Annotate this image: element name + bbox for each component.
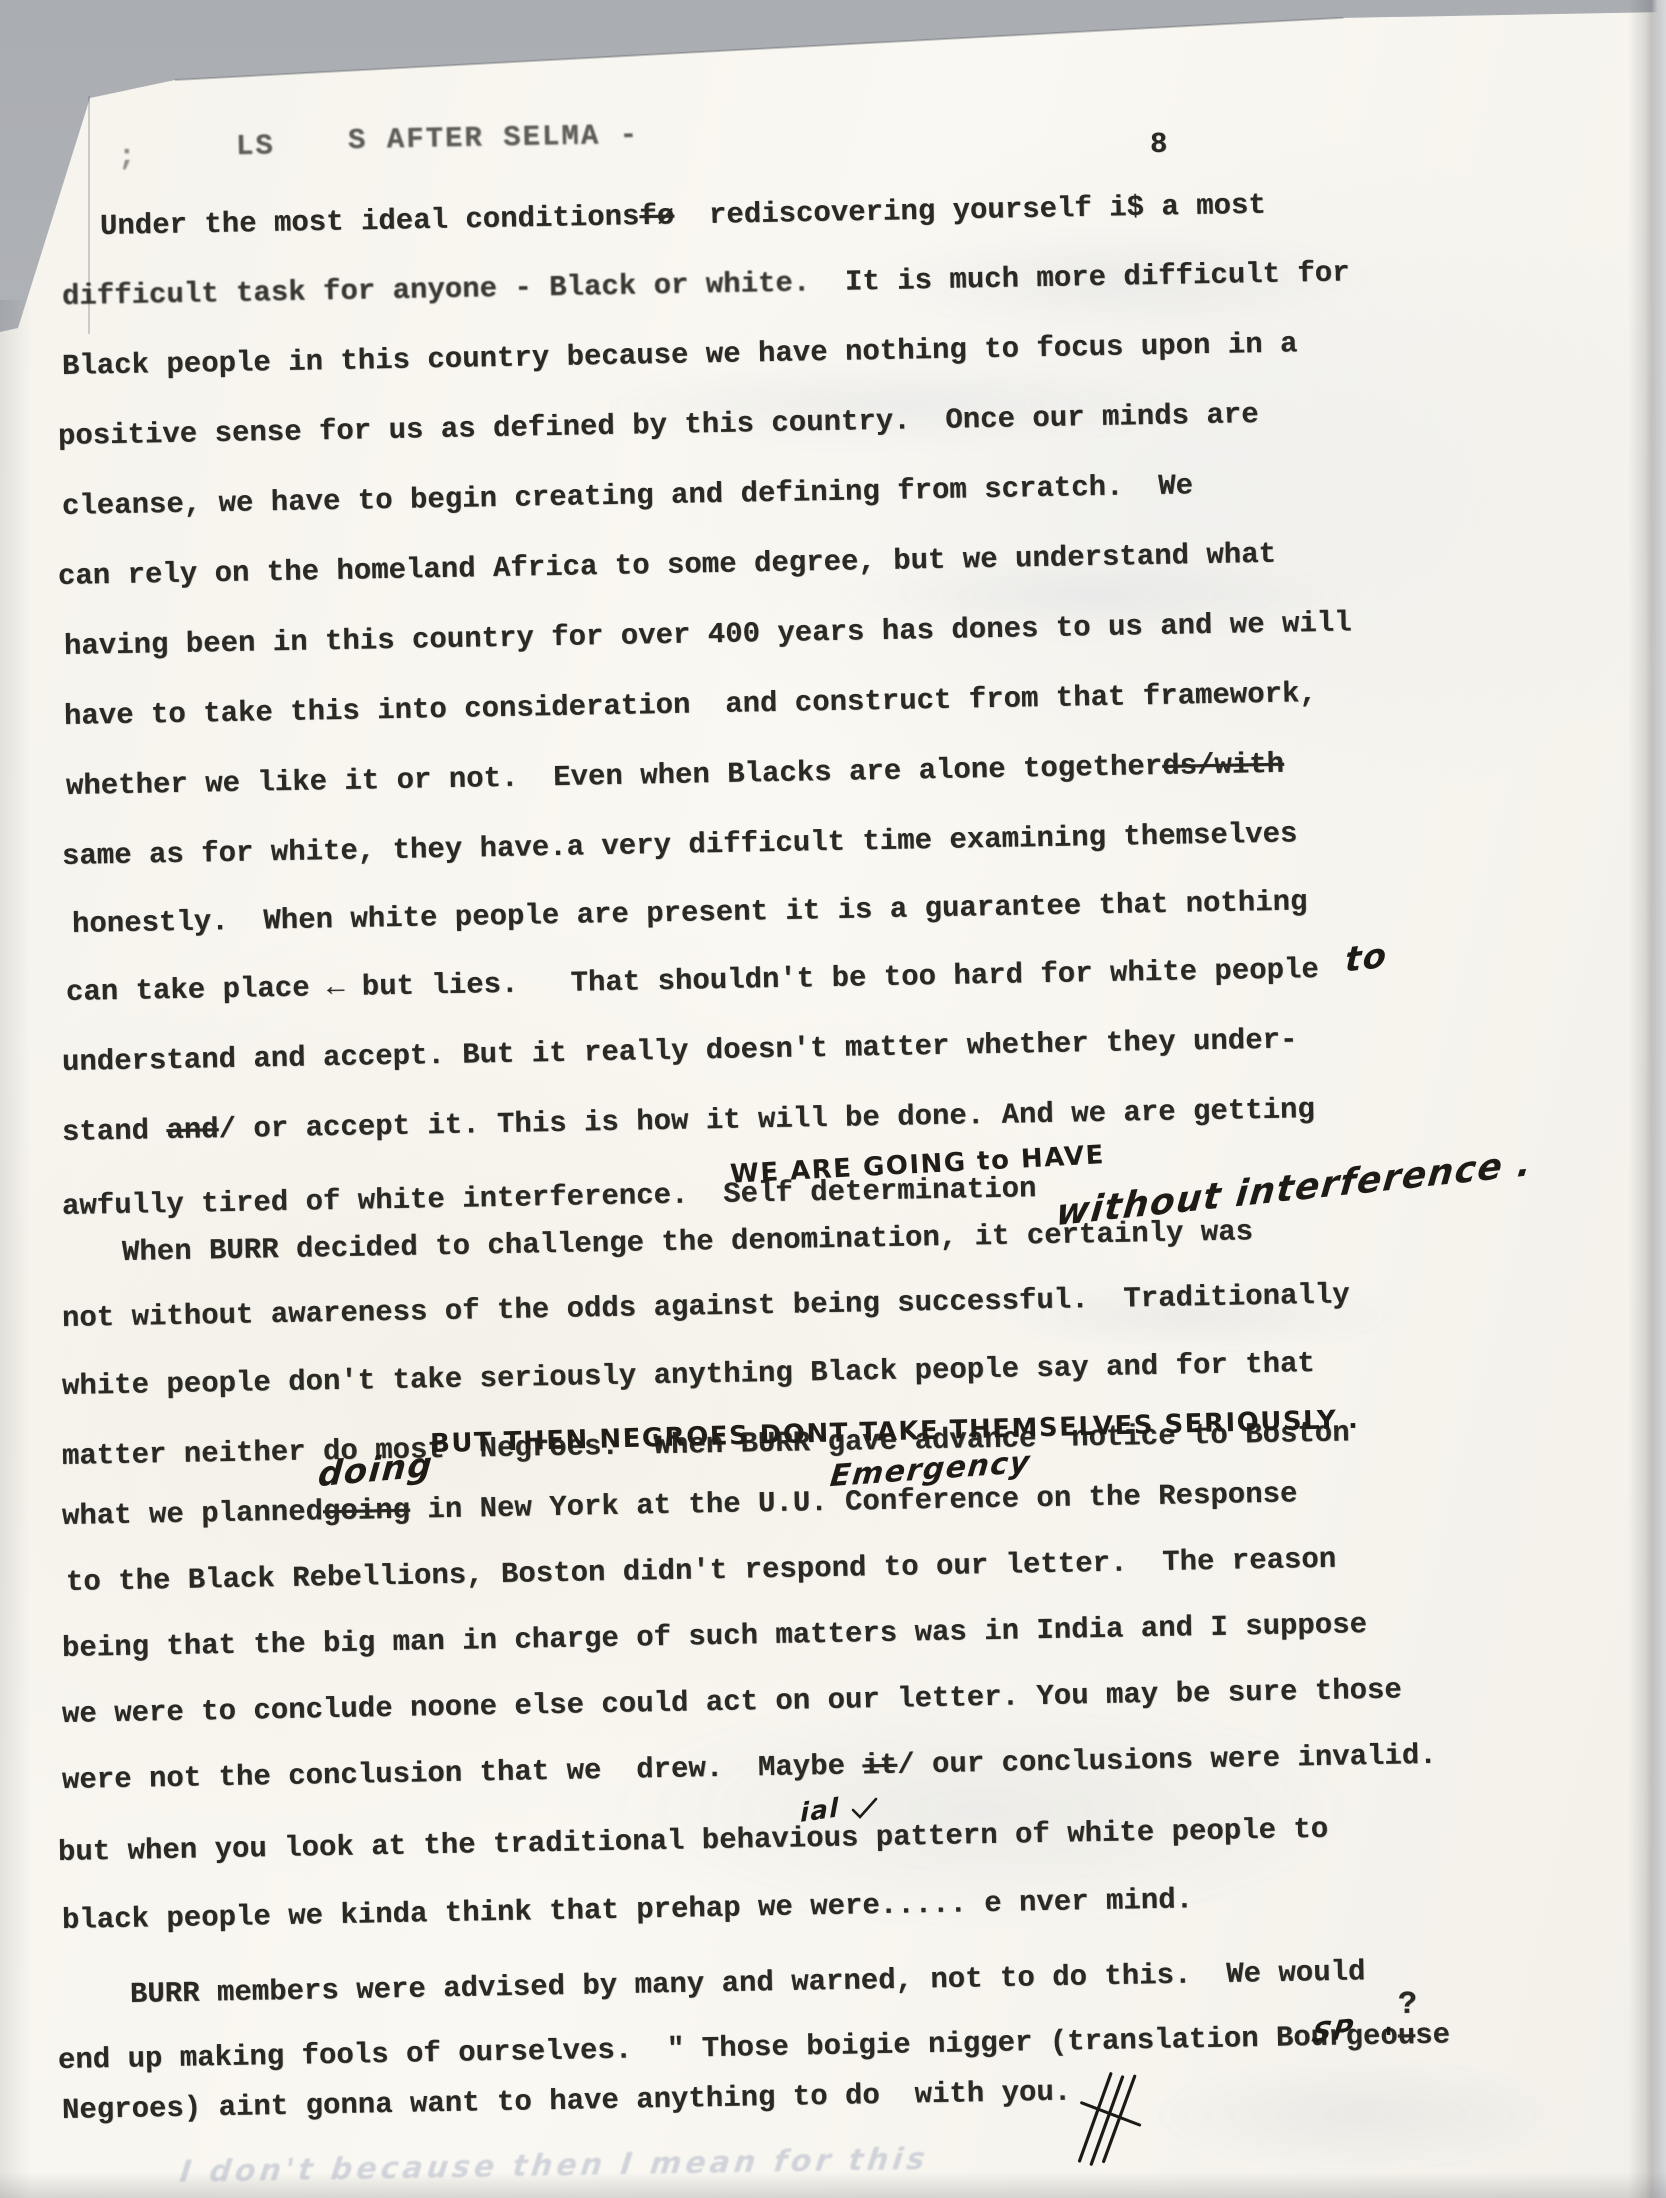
typed-line: white people don't take seriously anythi… — [62, 1347, 1315, 1403]
line-text: understand and accept. But it really doe… — [62, 1023, 1298, 1079]
typed-line: being that the big man in charge of such… — [62, 1608, 1368, 1665]
line-text: to the Black Rebellions, Boston didn't r… — [66, 1543, 1337, 1599]
line-text: cleanse, we have to begin creating and d… — [62, 469, 1194, 523]
handwritten-to-insertion: to — [1344, 935, 1388, 981]
page-left-edge-shadow — [0, 300, 30, 2198]
line-text: se — [1415, 2018, 1450, 2052]
struck-text: it — [862, 1749, 897, 1783]
page-number: 8 — [1150, 128, 1168, 161]
handwritten-tick-mark: ' — [1384, 2022, 1395, 2057]
line-text: whether we like it or not. Even when Bla… — [66, 750, 1163, 803]
typed-line: understand and accept. But it really doe… — [62, 1023, 1298, 1079]
bleed-smudge — [1150, 2060, 1570, 2170]
typed-line: stand and/ or accept it. This is how it … — [62, 1093, 1315, 1149]
typed-line: can take place ← but lies. That shouldn'… — [66, 953, 1319, 1009]
handwritten-without-interference-note: without interference . — [1054, 1143, 1534, 1235]
line-text: Negroes) aint gonna want to have anythin… — [62, 2076, 1072, 2127]
typed-question-mark: ? — [1398, 1986, 1418, 2023]
typed-line: what we plannedgoing in New York at the … — [62, 1477, 1298, 1533]
struck-text: fø — [639, 199, 674, 233]
typed-line: same as for white, they have.a very diff… — [62, 817, 1298, 873]
typed-line: cleanse, we have to begin creating and d… — [62, 469, 1194, 523]
hash-scribble — [1073, 2069, 1149, 2171]
struck-text: and — [166, 1113, 219, 1147]
handwritten-ial-correction: ial — [800, 1793, 839, 1829]
typed-line: having been in this country for over 400… — [64, 606, 1352, 663]
header-fragment-left: ; — [118, 140, 138, 173]
typed-line: BURR members were advised by many and wa… — [130, 1955, 1366, 2011]
page-right-edge-shadow — [1628, 0, 1666, 2198]
line-text: / or accept it. This is how it will be d… — [218, 1093, 1315, 1146]
typed-line: to the Black Rebellions, Boston didn't r… — [66, 1543, 1337, 1599]
check-stroke — [852, 1798, 878, 1820]
line-text: Under the most ideal conditions — [100, 200, 640, 243]
struck-text: ds/with — [1162, 748, 1284, 783]
line-text: having been in this country for over 400… — [64, 606, 1352, 663]
line-text: what we planned — [62, 1495, 324, 1533]
typed-line: honestly. When white people are present … — [72, 885, 1308, 941]
line-text: rediscovering yourself i$ a most — [674, 189, 1266, 233]
line-text: can take place ← but lies. That shouldn'… — [66, 953, 1319, 1009]
struck-text: u — [1398, 2019, 1416, 2052]
line-text: being that the big man in charge of such… — [62, 1608, 1368, 1665]
line-text: have to take this into consideration and… — [64, 677, 1317, 733]
typed-line: end up making fools of ourselves. " Thos… — [58, 2018, 1451, 2077]
line-text: same as for white, they have.a very diff… — [62, 817, 1298, 873]
struck-text: going — [323, 1494, 411, 1529]
typed-line: whether we like it or not. Even when Bla… — [66, 748, 1285, 803]
line-text: difficult task for anyone - Black or whi… — [62, 266, 811, 313]
header-title-fragment: S AFTER SELMA - — [348, 119, 640, 157]
handwritten-sp-note: SP — [1310, 2013, 1356, 2049]
line-text: honestly. When white people are present … — [72, 885, 1308, 941]
line-text: stand — [62, 1114, 167, 1149]
scanned-manuscript-page: ; LS S AFTER SELMA - 8 Under the most id… — [0, 0, 1666, 2198]
line-text: BURR members were advised by many and wa… — [130, 1955, 1366, 2011]
typed-line: Negroes) aint gonna want to have anythin… — [62, 2076, 1072, 2127]
line-text: end up making fools of ourselves. " Thos… — [58, 2019, 1398, 2077]
header-fragment-mid: LS — [236, 129, 275, 163]
line-text: white people don't take seriously anythi… — [62, 1347, 1315, 1403]
typed-line: have to take this into consideration and… — [64, 677, 1317, 733]
